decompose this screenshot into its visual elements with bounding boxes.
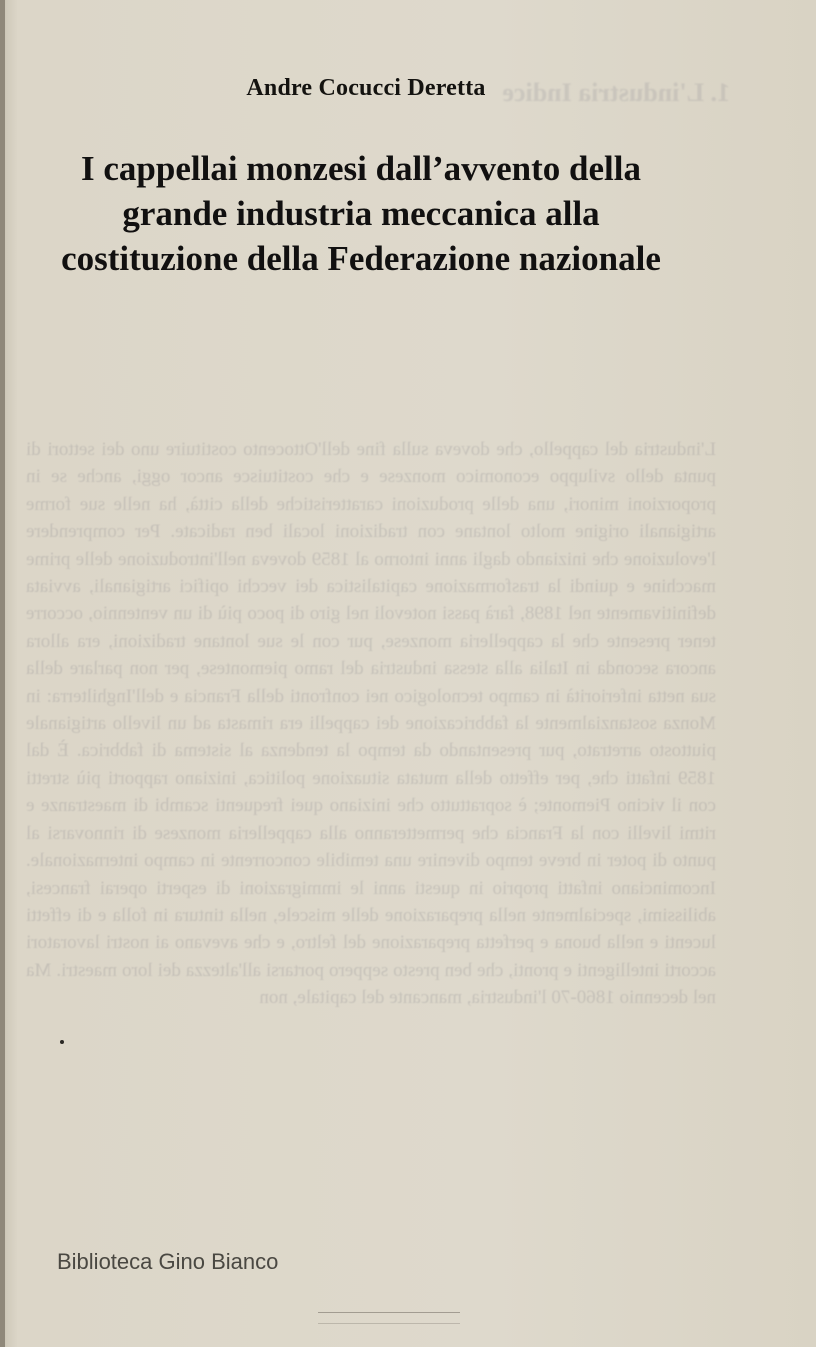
- page-binding-edge: [0, 0, 5, 1347]
- show-through-text: L'industria del cappello, che doveva sul…: [26, 436, 716, 1176]
- author-name: Andre Cocucci Deretta: [0, 75, 732, 102]
- library-watermark: Biblioteca Gino Bianco: [57, 1249, 278, 1275]
- decorative-rule: [318, 1323, 460, 1324]
- title-line: I cappellai monzesi dall’avvento della: [10, 146, 712, 191]
- page-title: I cappellai monzesi dall’avvento della g…: [10, 146, 712, 281]
- title-line: costituzione della Federazione nazionale: [10, 236, 712, 281]
- scanned-page: 1. L'industria Indice L'industria del ca…: [0, 0, 816, 1347]
- decorative-rule: [318, 1312, 460, 1313]
- ink-speck: [60, 1040, 64, 1044]
- title-line: grande industria meccanica alla: [10, 191, 712, 236]
